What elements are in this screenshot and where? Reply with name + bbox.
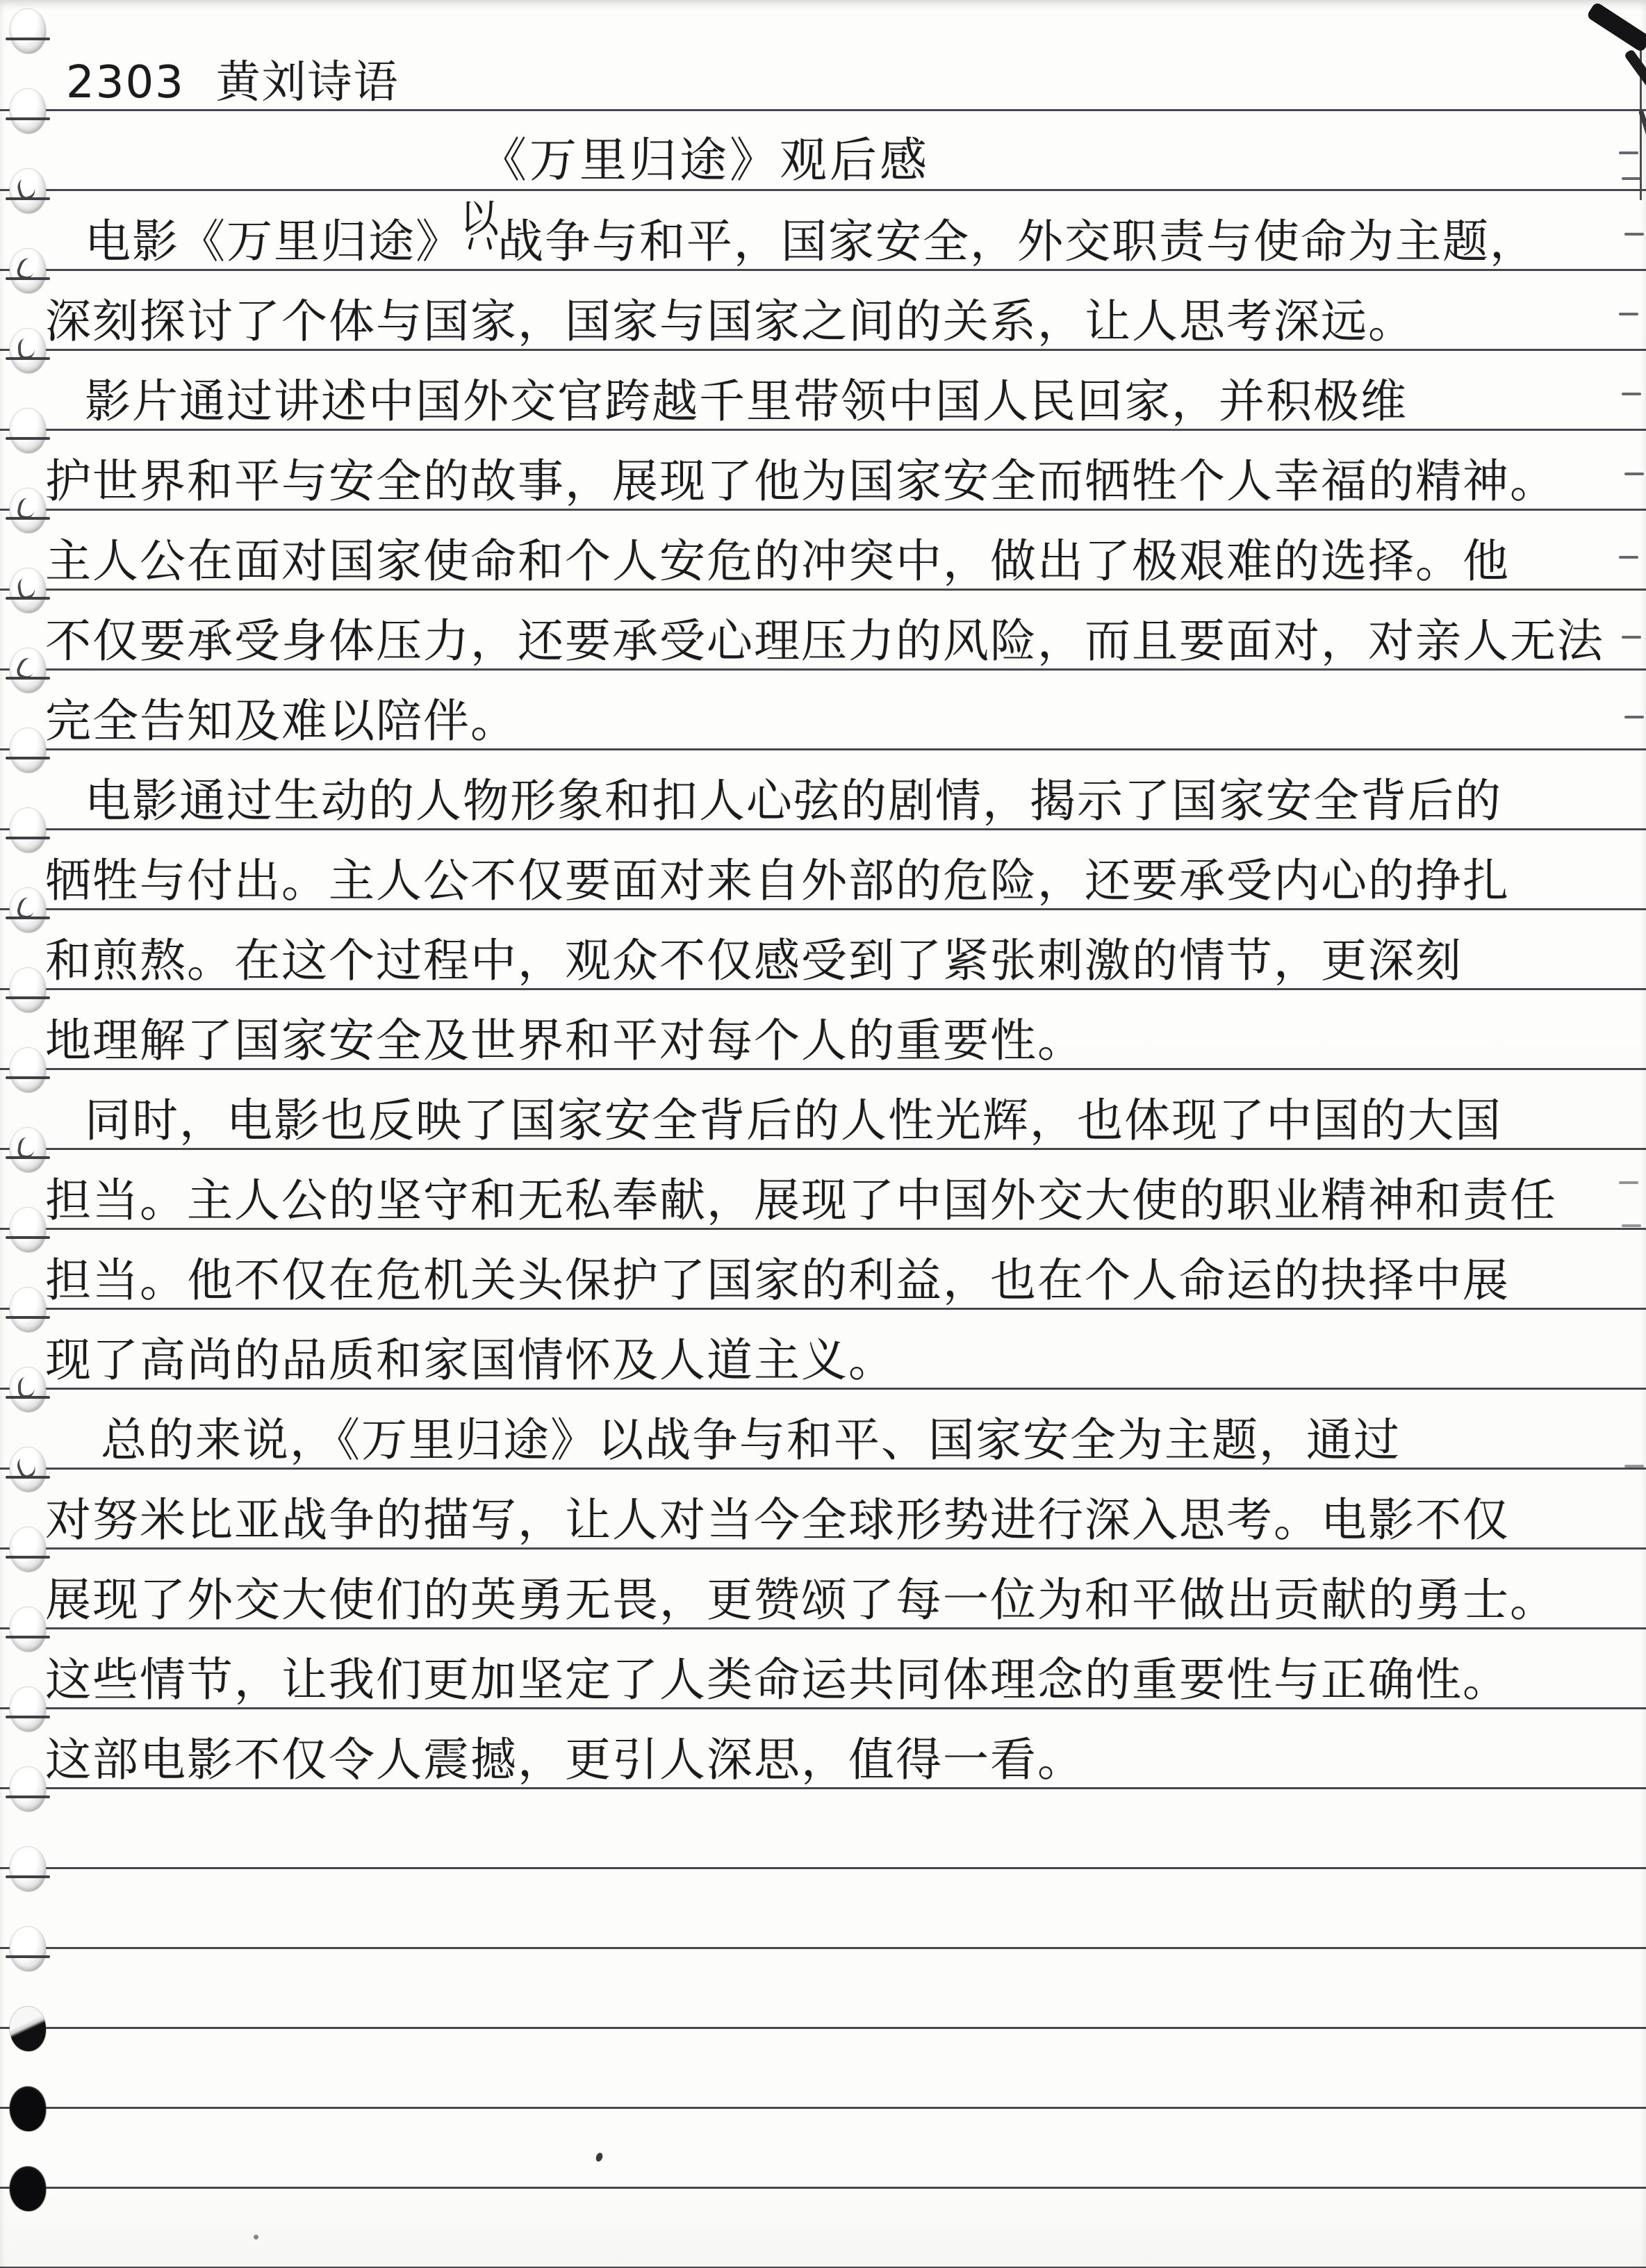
notebook-page: 2303 黄刘诗语 《万里归途》观后感 电影《万里归途》以战争与和平，国家安全，… (0, 0, 1646, 2268)
ruled-line-row: 地理解了国家安全及世界和平对每个人的重要性。 (0, 990, 1646, 1070)
pen-scribble (16, 577, 36, 600)
binder-hole (10, 488, 46, 533)
handwritten-line: 电影通过生动的人物形象和扣人心弦的剧情，揭示了国家安全背后的 (0, 778, 1502, 824)
edge-dash (1619, 313, 1638, 315)
edge-dash (1622, 393, 1641, 395)
student-name: 黄刘诗语 (216, 57, 400, 108)
binder-hole (10, 888, 46, 932)
binder-hole (10, 1048, 46, 1092)
ruled-line-row: 完全告知及难以陪伴。 (0, 671, 1646, 750)
handwritten-line: 现了高尚的品质和家国情怀及人道主义。 (0, 1338, 896, 1383)
ruled-line-row: 和煎熬。在这个过程中，观众不仅感受到了紧张刺激的情节，更深刻 (0, 910, 1646, 990)
binder-hole (10, 89, 46, 133)
binder-hole (10, 808, 46, 853)
binder-hole (10, 2167, 46, 2211)
pen-scribble (15, 256, 38, 282)
edge-dash (1619, 556, 1638, 559)
ruled-line-row (0, 1789, 1646, 1869)
ruled-line-row (0, 1869, 1646, 1949)
handwritten-line: 主人公在面对国家使命和个人安危的冲突中，做出了极艰难的选择。他 (0, 539, 1510, 584)
ruled-line-row (0, 2029, 1646, 2109)
pen-scribble (15, 655, 39, 681)
pen-scribble (18, 1377, 35, 1398)
ruled-line-row: 总的来说，《万里归途》以战争与和平、国家安全为主题，通过 (0, 1390, 1646, 1470)
student-info: 2303 黄刘诗语 (0, 60, 400, 105)
pen-scribble (15, 1454, 38, 1480)
ruled-line-row: 深刻探讨了个体与国家，国家与国家之间的关系，让人思考深远。 (0, 271, 1646, 351)
essay-title: 《万里归途》观后感 (0, 138, 930, 185)
handwritten-line: 影片通过讲述中国外交官跨越千里带领中国人民回家，并积极维 (0, 379, 1408, 425)
binder-hole (10, 9, 46, 54)
handwritten-line: 和煎熬。在这个过程中，观众不仅感受到了紧张刺激的情节，更深刻 (0, 938, 1463, 984)
binder-hole (10, 728, 46, 773)
edge-dash (1624, 716, 1644, 718)
handwritten-line: 不仅要承受身体压力，还要承受心理压力的风险，而且要面对，对亲人无法 (0, 618, 1604, 664)
pen-scribble (17, 338, 35, 360)
line-text: 电影《万里归途》 (85, 215, 463, 268)
binder-hole (10, 169, 46, 213)
handwritten-line: 这部电影不仅令人震撼，更引人深思，值得一看。 (0, 1737, 1085, 1783)
ruled-line-row: 护世界和平与安全的故事，展现了他为国家安全而牺牲个人幸福的精神。 (0, 431, 1646, 511)
edge-dash (1619, 151, 1638, 154)
binder-hole (10, 329, 46, 373)
ruled-line-row: 主人公在面对国家使命和个人安危的冲突中，做出了极艰难的选择。他 (0, 511, 1646, 591)
ink-speck (254, 2235, 258, 2240)
ruled-line-row: 牺牲与付出。主人公不仅要面对来自外部的危险，还要承受内心的挣扎 (0, 830, 1646, 910)
edge-dash (1624, 1465, 1644, 1468)
handwritten-line: 展现了外交大使们的英勇无畏，更赞颂了每一位为和平做出贡献的勇士。 (0, 1577, 1557, 1623)
binder-hole (10, 1927, 46, 1971)
edge-dash (1622, 1224, 1641, 1227)
handwritten-line: 完全告知及难以陪伴。 (0, 698, 518, 744)
ruled-line-row: 不仅要承受身体压力，还要承受心理压力的风险，而且要面对，对亲人无法 (0, 591, 1646, 671)
binder-hole (10, 1767, 46, 1811)
handwritten-line: 护世界和平与安全的故事，展现了他为国家安全而牺牲个人幸福的精神。 (0, 459, 1557, 504)
ruled-line-row: 这些情节，让我们更加坚定了人类命运共同体理念的重要性与正确性。 (0, 1629, 1646, 1709)
ruled-line-row: 对努米比亚战争的描写，让人对当今全球形势进行深入思考。电影不仅 (0, 1470, 1646, 1550)
student-id: 2303 (66, 57, 185, 108)
ruled-line-row: 电影《万里归途》以战争与和平，国家安全，外交职责与使命为主题， (0, 191, 1646, 271)
pen-scribble (17, 1136, 36, 1159)
handwritten-line: 地理解了国家安全及世界和平对每个人的重要性。 (0, 1018, 1085, 1064)
ruled-line-row: 电影通过生动的人物形象和扣人心弦的剧情，揭示了国家安全背后的 (0, 750, 1646, 830)
binder-hole (10, 1128, 46, 1172)
binder-hole (10, 648, 46, 693)
binder-hole (10, 249, 46, 293)
binder-hole (10, 1607, 46, 1652)
line-text: 战争与和平，国家安全，外交职责与使命为主题， (497, 215, 1537, 268)
ruled-line-row: 2303 黄刘诗语 (0, 31, 1646, 111)
pen-scribble (15, 176, 37, 201)
edge-dash (1622, 177, 1641, 180)
handwritten-line: 担当。他不仅在危机关头保护了国家的利益，也在个人命运的抉择中展 (0, 1258, 1510, 1304)
ruled-line-row: 影片通过讲述中国外交官跨越千里带领中国人民回家，并积极维 (0, 351, 1646, 431)
handwritten-line: 同时，电影也反映了国家安全背后的人性光辉，也体现了中国的大国 (0, 1098, 1502, 1144)
binder-hole (10, 1447, 46, 1492)
edge-dash (1624, 472, 1644, 475)
binder-hole (10, 568, 46, 613)
handwritten-line: 深刻探讨了个体与国家，国家与国家之间的关系，让人思考深远。 (0, 299, 1415, 345)
pen-scribble (16, 497, 37, 520)
binder-hole (10, 1367, 46, 1412)
ruled-line-row (0, 2109, 1646, 2189)
binder-hole (10, 968, 46, 1012)
ruled-line-row: 同时，电影也反映了国家安全背后的人性光辉，也体现了中国的大国 (0, 1070, 1646, 1150)
binder-hole (10, 1847, 46, 1891)
handwritten-line: 担当。主人公的坚守和无私奉献，展现了中国外交大使的职业精神和责任 (0, 1178, 1557, 1224)
ruled-line-row: 现了高尚的品质和家国情怀及人道主义。 (0, 1310, 1646, 1390)
binder-hole (10, 1527, 46, 1572)
ruled-line-row: 担当。他不仅在危机关头保护了国家的利益，也在个人命运的抉择中展 (0, 1230, 1646, 1310)
ruled-line-row (0, 1949, 1646, 2029)
ruled-line-row: 担当。主人公的坚守和无私奉献，展现了中国外交大使的职业精神和责任 (0, 1150, 1646, 1230)
binder-hole (10, 2087, 46, 2131)
handwritten-line: 对努米比亚战争的描写，让人对当今全球形势进行深入思考。电影不仅 (0, 1497, 1510, 1543)
ruled-area: 2303 黄刘诗语 《万里归途》观后感 电影《万里归途》以战争与和平，国家安全，… (0, 31, 1646, 2268)
ruled-line-row: 这部电影不仅令人震撼，更引人深思，值得一看。 (0, 1709, 1646, 1789)
handwritten-line: 总的来说，《万里归途》以战争与和平、国家安全为主题，通过 (0, 1417, 1401, 1463)
binder-hole (10, 1288, 46, 1332)
edge-dash (1624, 233, 1644, 236)
handwritten-line: 电影《万里归途》以战争与和平，国家安全，外交职责与使命为主题， (0, 219, 1537, 265)
handwritten-line: 这些情节，让我们更加坚定了人类命运共同体理念的重要性与正确性。 (0, 1657, 1510, 1703)
edge-dash (1619, 1181, 1638, 1184)
inserted-character: 以 (460, 200, 500, 239)
binder-hole (10, 1208, 46, 1252)
edge-dash (1622, 636, 1641, 639)
binder-hole (10, 1687, 46, 1732)
handwritten-line: 牺牲与付出。主人公不仅要面对来自外部的危险，还要承受内心的挣扎 (0, 858, 1510, 904)
ruled-line-row: 展现了外交大使们的英勇无畏，更赞颂了每一位为和平做出贡献的勇士。 (0, 1550, 1646, 1629)
pen-scribble (15, 896, 38, 921)
ruled-line-row (0, 2189, 1646, 2268)
binder-hole (10, 409, 46, 453)
binder-hole (10, 2007, 46, 2051)
ruled-line-row: 《万里归途》观后感 (0, 111, 1646, 191)
